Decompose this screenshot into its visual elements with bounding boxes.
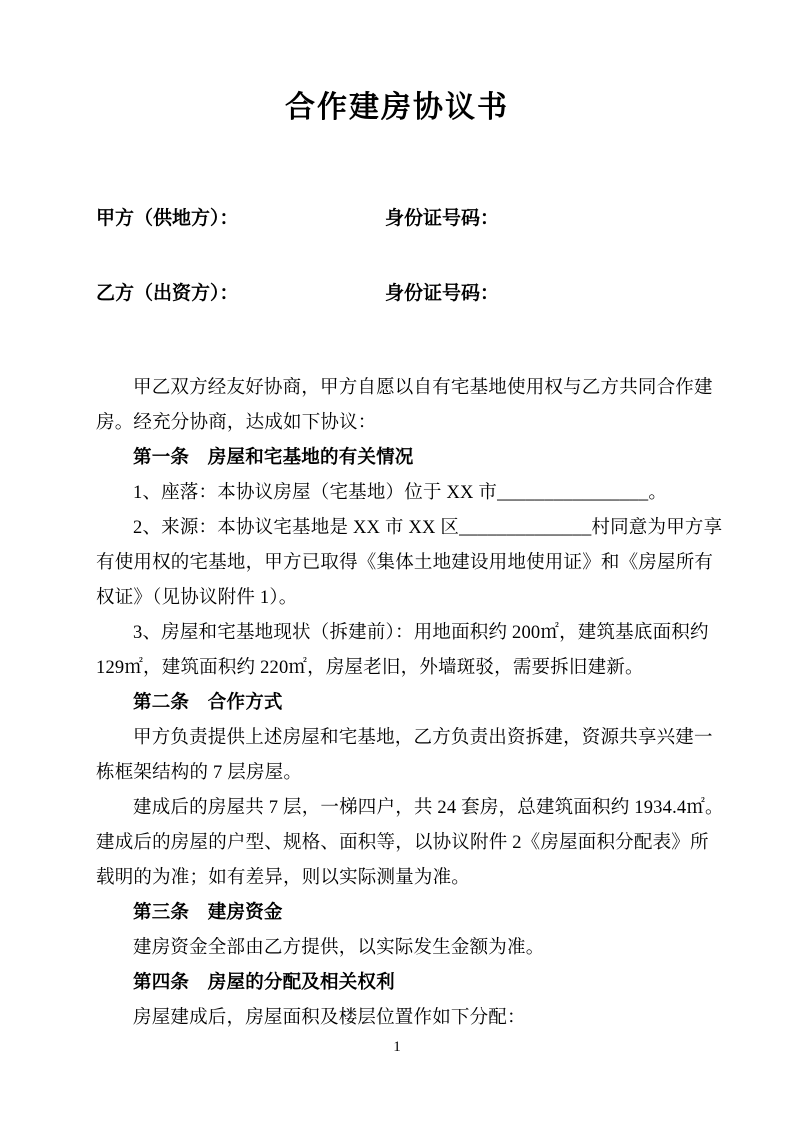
- document-title: 合作建房协议书: [0, 86, 794, 130]
- document-line: 3、房屋和宅基地现状（拆建前）：用地面积约 200㎡，建筑基底面积约: [96, 616, 714, 651]
- party-b-id-label: 身份证号码：: [385, 281, 499, 307]
- document-line: 甲乙双方经友好协商，甲方自愿以自有宅基地使用权与乙方共同合作建: [96, 371, 714, 406]
- party-a-label: 甲方（供地方）：: [96, 206, 385, 232]
- section-heading-3: 第三条 建房资金: [96, 896, 714, 931]
- document-line: 建成后的房屋的户型、规格、面积等，以协议附件 2《房屋面积分配表》所: [96, 826, 714, 861]
- section-heading-4: 第四条 房屋的分配及相关权利: [96, 966, 714, 1001]
- page-number: 1: [0, 1037, 794, 1057]
- document-body: 甲乙双方经友好协商，甲方自愿以自有宅基地使用权与乙方共同合作建 房。经充分协商，…: [96, 371, 714, 1036]
- party-b-label: 乙方（出资方）：: [96, 281, 385, 307]
- document-line: 权证》（见协议附件 1）。: [96, 581, 714, 616]
- document-line: 建成后的房屋共 7 层，一梯四户，共 24 套房，总建筑面积约 1934.4㎡。: [96, 791, 714, 826]
- section-heading-2: 第二条 合作方式: [96, 686, 714, 721]
- party-a-id-label: 身份证号码：: [385, 206, 499, 232]
- document-line: 房。经充分协商，达成如下协议：: [96, 406, 714, 441]
- document-line: 甲方负责提供上述房屋和宅基地，乙方负责出资拆建，资源共享兴建一: [96, 721, 714, 756]
- document-line: 1、座落：本协议房屋（宅基地）位于 XX 市________________。: [96, 476, 714, 511]
- document-line: 房屋建成后，房屋面积及楼层位置作如下分配：: [96, 1001, 714, 1036]
- document-line: 129㎡，建筑面积约 220㎡，房屋老旧，外墙斑驳，需要拆旧建新。: [96, 651, 714, 686]
- document-line: 栋框架结构的 7 层房屋。: [96, 756, 714, 791]
- section-heading-1: 第一条 房屋和宅基地的有关情况: [96, 441, 714, 476]
- document-line: 建房资金全部由乙方提供，以实际发生金额为准。: [96, 931, 714, 966]
- document-line: 2、来源：本协议宅基地是 XX 市 XX 区______________村同意为…: [96, 511, 714, 546]
- document-line: 载明的为准；如有差异，则以实际测量为准。: [96, 861, 714, 896]
- party-a-row: 甲方（供地方）：身份证号码：: [96, 206, 710, 232]
- party-b-row: 乙方（出资方）：身份证号码：: [96, 281, 710, 307]
- document-page: 合作建房协议书 甲方（供地方）：身份证号码： 乙方（出资方）：身份证号码： 甲乙…: [0, 0, 794, 1123]
- document-line: 有使用权的宅基地，甲方已取得《集体土地建设用地使用证》和《房屋所有: [96, 546, 714, 581]
